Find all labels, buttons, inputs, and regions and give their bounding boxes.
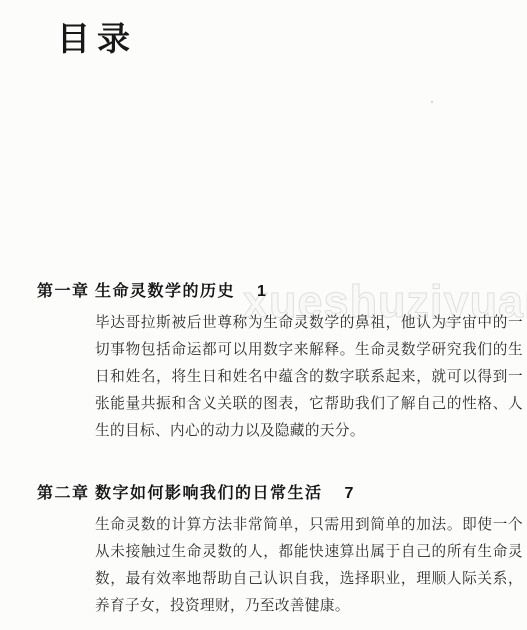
scan-speck <box>431 101 433 103</box>
chapter-heading: 第二章 数字如何影响我们的日常生活 7 <box>37 480 523 503</box>
chapter-page-number: 1 <box>257 283 266 301</box>
scanned-toc-page: 目录 xueshuziyuan.com 第一章 生命灵数学的历史 1 毕达哥拉斯… <box>0 0 527 630</box>
chapter-summary: 毕达哥拉斯被后世尊称为生命灵数学的鼻祖，他认为宇宙中的一切事物包括命运都可以用数… <box>95 310 523 445</box>
chapter-page-number: 7 <box>345 485 354 503</box>
chapter-heading: 第一章 生命灵数学的历史 1 <box>37 278 523 301</box>
toc-entry-chapter-1: 第一章 生命灵数学的历史 1 毕达哥拉斯被后世尊称为生命灵数学的鼻祖，他认为宇宙… <box>37 278 523 445</box>
toc-entry-chapter-2: 第二章 数字如何影响我们的日常生活 7 生命灵数的计算方法非常简单，只需用到简单… <box>37 480 523 620</box>
chapter-summary: 生命灵数的计算方法非常简单，只需用到简单的加法。即使一个从未接触过生命灵数的人，… <box>95 512 523 620</box>
chapter-label: 第二章 <box>37 480 95 503</box>
chapter-title: 数字如何影响我们的日常生活 <box>95 480 323 503</box>
chapter-label: 第一章 <box>37 278 95 301</box>
page-title: 目录 <box>57 13 137 60</box>
chapter-title: 生命灵数学的历史 <box>95 278 235 301</box>
